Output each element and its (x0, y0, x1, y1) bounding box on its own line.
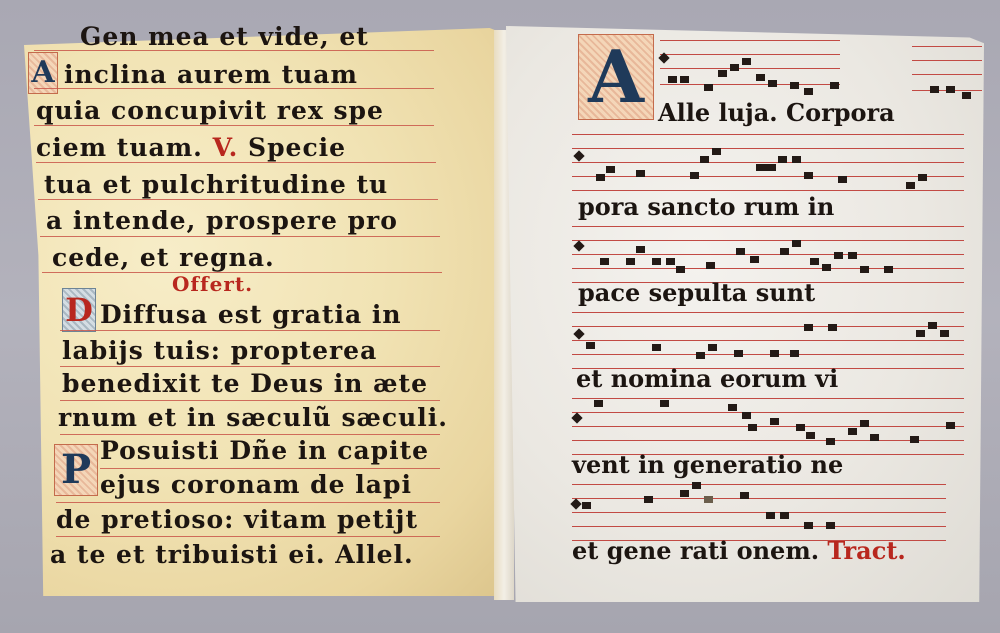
neume (906, 182, 915, 189)
neume (730, 64, 739, 71)
neume (690, 172, 699, 179)
text-line: quia concupivit rex spe (36, 96, 384, 125)
neume (790, 82, 799, 89)
text-line: Gen mea et vide, et (80, 22, 369, 51)
neume (946, 86, 955, 93)
ruling-line (34, 88, 434, 89)
neume (790, 350, 799, 357)
text-line: ejus coronam de lapi (100, 470, 412, 499)
neume (734, 350, 743, 357)
text-line: tua et pulchritudine tu (44, 170, 388, 199)
neume (750, 256, 759, 263)
neume (636, 170, 645, 177)
neume (928, 322, 937, 329)
neume (822, 264, 831, 271)
neume (848, 252, 857, 259)
rubric-offertory: Offert. (172, 272, 253, 296)
neume (834, 252, 843, 259)
neume (742, 58, 751, 65)
ruling-line (60, 330, 440, 331)
neume (706, 262, 715, 269)
text-line: inclina aurem tuam (64, 60, 358, 89)
neume (804, 522, 813, 529)
neume (826, 438, 835, 445)
neume (636, 246, 645, 253)
ruling-line (56, 536, 440, 537)
neume (828, 324, 837, 331)
neume (606, 166, 615, 173)
neume (806, 432, 815, 439)
ruling-line (60, 434, 440, 435)
neume (946, 422, 955, 429)
text-line: Posuisti Dñe in capite (100, 436, 429, 465)
neume (848, 428, 857, 435)
ruling-line (38, 199, 438, 200)
neume (756, 164, 776, 171)
neume (676, 266, 685, 273)
neume (770, 418, 779, 425)
ruling-line (100, 468, 440, 469)
neume (804, 88, 813, 95)
neume (860, 420, 869, 427)
neume (830, 82, 839, 89)
neume (728, 404, 737, 411)
neume (792, 240, 801, 247)
lyric-line: pace sepulta sunt (578, 278, 815, 307)
neume (756, 74, 765, 81)
neume (712, 148, 721, 155)
neume (884, 266, 893, 273)
neume (696, 352, 705, 359)
text-segment: Specie (238, 133, 346, 162)
rubric-versicle: V. (213, 133, 239, 162)
illuminated-initial-p: P (54, 444, 98, 496)
neume (838, 176, 847, 183)
text-line: rnum et in sæculũ sæculi. (58, 403, 448, 432)
neume (700, 156, 709, 163)
neume (918, 174, 927, 181)
text-line: ciem tuam. V. Specie (36, 133, 346, 162)
neume (930, 86, 939, 93)
neume (748, 424, 757, 431)
neume (680, 76, 689, 83)
lyric-line: pora sancto rum in (578, 192, 834, 221)
lyric-line: et gene rati onem. Tract. (572, 536, 906, 565)
text-line: Diffusa est gratia in (100, 300, 402, 329)
neume (626, 258, 635, 265)
lyric-line: vent in generatio ne (572, 450, 843, 479)
neume (666, 258, 675, 265)
neume (962, 92, 971, 99)
text-line: a intende, prospere pro (46, 206, 398, 235)
neume (680, 490, 689, 497)
lyric-line: et nomina eorum vi (576, 364, 838, 393)
text-segment: ciem tuam. (36, 133, 213, 162)
neume (796, 424, 805, 431)
text-line: a te et tribuisti ei. Allel. (50, 540, 414, 569)
neume (644, 496, 653, 503)
ruling-line (56, 502, 440, 503)
neume (586, 342, 595, 349)
neume (582, 502, 591, 509)
neume (692, 482, 701, 489)
ruling-line (60, 366, 440, 367)
neume (652, 258, 661, 265)
neume (600, 258, 609, 265)
neume (704, 84, 713, 91)
neume (916, 330, 925, 337)
neume (860, 266, 869, 273)
neume (768, 80, 777, 87)
neume (804, 172, 813, 179)
neume (780, 512, 789, 519)
neume (708, 344, 717, 351)
text-line: benedixit te Deus in æte (62, 369, 428, 398)
neume (870, 434, 879, 441)
neume (810, 258, 819, 265)
ruling-line (36, 162, 436, 163)
ruling-line (40, 236, 440, 237)
ruling-line (34, 125, 434, 126)
text-segment: et gene rati onem. (572, 536, 827, 565)
neume (778, 156, 787, 163)
lyric-line: Alle luja. Corpora (658, 98, 895, 127)
illuminated-initial-d: D (62, 288, 96, 332)
neume (596, 174, 605, 181)
neume (766, 512, 775, 519)
neume (718, 70, 727, 77)
neume (704, 496, 713, 503)
text-line: cede, et regna. (52, 243, 275, 272)
ruling-line (60, 400, 440, 401)
neume (804, 324, 813, 331)
text-line: labijs tuis: propterea (62, 336, 377, 365)
neume (826, 522, 835, 529)
neume (910, 436, 919, 443)
neume (736, 248, 745, 255)
neume (660, 400, 669, 407)
neume (770, 350, 779, 357)
neume (940, 330, 949, 337)
neume (668, 76, 677, 83)
neume (792, 156, 801, 163)
neume (594, 400, 603, 407)
neume (740, 492, 749, 499)
neume (742, 412, 751, 419)
illuminated-initial-a: A (578, 34, 654, 120)
rubric-tract: Tract. (827, 536, 905, 565)
text-line: de pretioso: vitam petijt (56, 505, 418, 534)
neume (652, 344, 661, 351)
neume (780, 248, 789, 255)
